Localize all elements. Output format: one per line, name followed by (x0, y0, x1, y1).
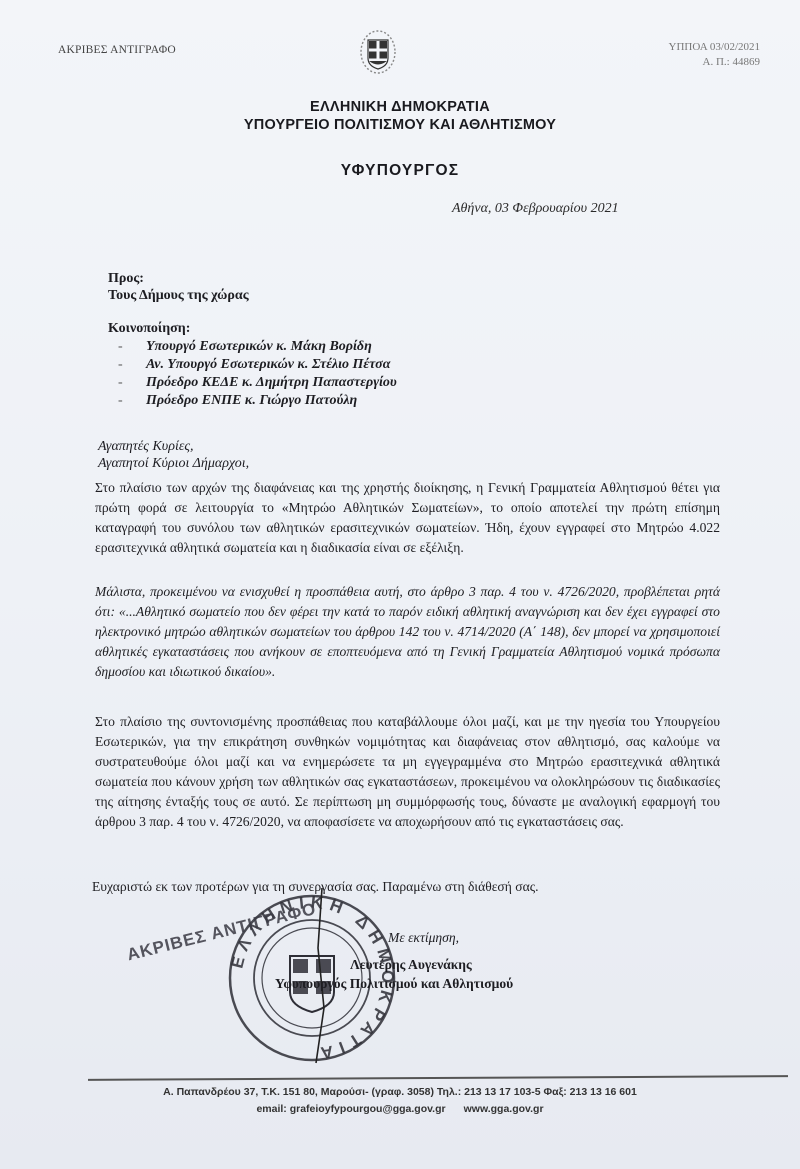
ministry-heading: ΥΠΟΥΡΓΕΙΟ ΠΟΛΙΤΙΣΜΟΥ ΚΑΙ ΑΘΛΗΤΙΣΜΟΥ (0, 117, 800, 133)
footer-email[interactable]: email: grafeioyfypourgou@gga.gov.gr (256, 1103, 445, 1115)
footer-website[interactable]: www.gga.gov.gr (464, 1103, 544, 1115)
greek-coat-of-arms-icon (358, 28, 398, 76)
office-heading: ΥΦΥΠΟΥΡΓΟΣ (0, 162, 800, 180)
cc-item: -Αν. Υπουργό Εσωτερικών κ. Στέλιο Πέτσα (118, 356, 397, 374)
republic-heading: ΕΛΛΗΝΙΚΗ ΔΗΜΟΚΡΑΤΙΑ (0, 99, 800, 115)
cc-item: -Πρόεδρο ΚΕΔΕ κ. Δημήτρη Παπαστεργίου (118, 374, 397, 392)
footer-contact: email: grafeioyfypourgou@gga.gov.grwww.g… (0, 1103, 800, 1115)
signatory-name: Λευτέρης Αυγενάκης (350, 957, 472, 973)
letter-date: Αθήνα, 03 Φεβρουαρίου 2021 (452, 201, 619, 217)
exact-copy-label: ΑΚΡΙΒΕΣ ΑΝΤΙΓΡΑΦΟ (58, 44, 176, 56)
footer-address: Α. Παπανδρέου 37, Τ.Κ. 151 80, Μαρούσι- … (0, 1086, 800, 1098)
signatory-title: Υφυπουργός Πολιτισμού και Αθλητισμού (275, 976, 513, 992)
to-label: Προς: (108, 271, 144, 287)
body-paragraph-3: Στο πλαίσιο της συντονισμένης προσπάθεια… (95, 712, 720, 832)
bullet-dash-icon: - (118, 338, 146, 356)
cc-item: -Υπουργό Εσωτερικών κ. Μάκη Βορίδη (118, 338, 397, 356)
cc-item: -Πρόεδρο ΕΝΠΕ κ. Γιώργο Πατούλη (118, 392, 397, 410)
regards: Με εκτίμηση, (388, 930, 459, 946)
salutation-line: Αγαπητοί Κύριοι Δήμαρχοι, (98, 455, 249, 472)
body-paragraph-2: Μάλιστα, προκειμένου να ενισχυθεί η προσ… (95, 582, 720, 682)
body-paragraph-1: Στο πλαίσιο των αρχών της διαφάνειας και… (95, 478, 720, 558)
document-page: ΑΚΡΙΒΕΣ ΑΝΤΙΓΡΑΦΟ ΥΠΠΟΑ 03/02/2021 Α. Π.… (0, 0, 800, 1169)
bullet-dash-icon: - (118, 374, 146, 392)
footer-divider (88, 1075, 788, 1081)
cc-label: Κοινοποίηση: (108, 321, 190, 337)
salutation: Αγαπητές Κυρίες, Αγαπητοί Κύριοι Δήμαρχο… (98, 438, 249, 472)
cc-list: -Υπουργό Εσωτερικών κ. Μάκη Βορίδη -Αν. … (118, 338, 397, 410)
bullet-dash-icon: - (118, 392, 146, 410)
to-recipient: Τους Δήμους της χώρας (108, 288, 249, 304)
protocol-number: ΥΠΠΟΑ 03/02/2021 Α. Π.: 44869 (669, 40, 760, 70)
law-quote: «...Αθλητικό σωματείο που δεν φέρει την … (95, 604, 720, 679)
salutation-line: Αγαπητές Κυρίες, (98, 438, 249, 455)
protocol-id: Α. Π.: 44869 (669, 55, 760, 70)
bullet-dash-icon: - (118, 356, 146, 374)
protocol-date: ΥΠΠΟΑ 03/02/2021 (669, 40, 760, 55)
